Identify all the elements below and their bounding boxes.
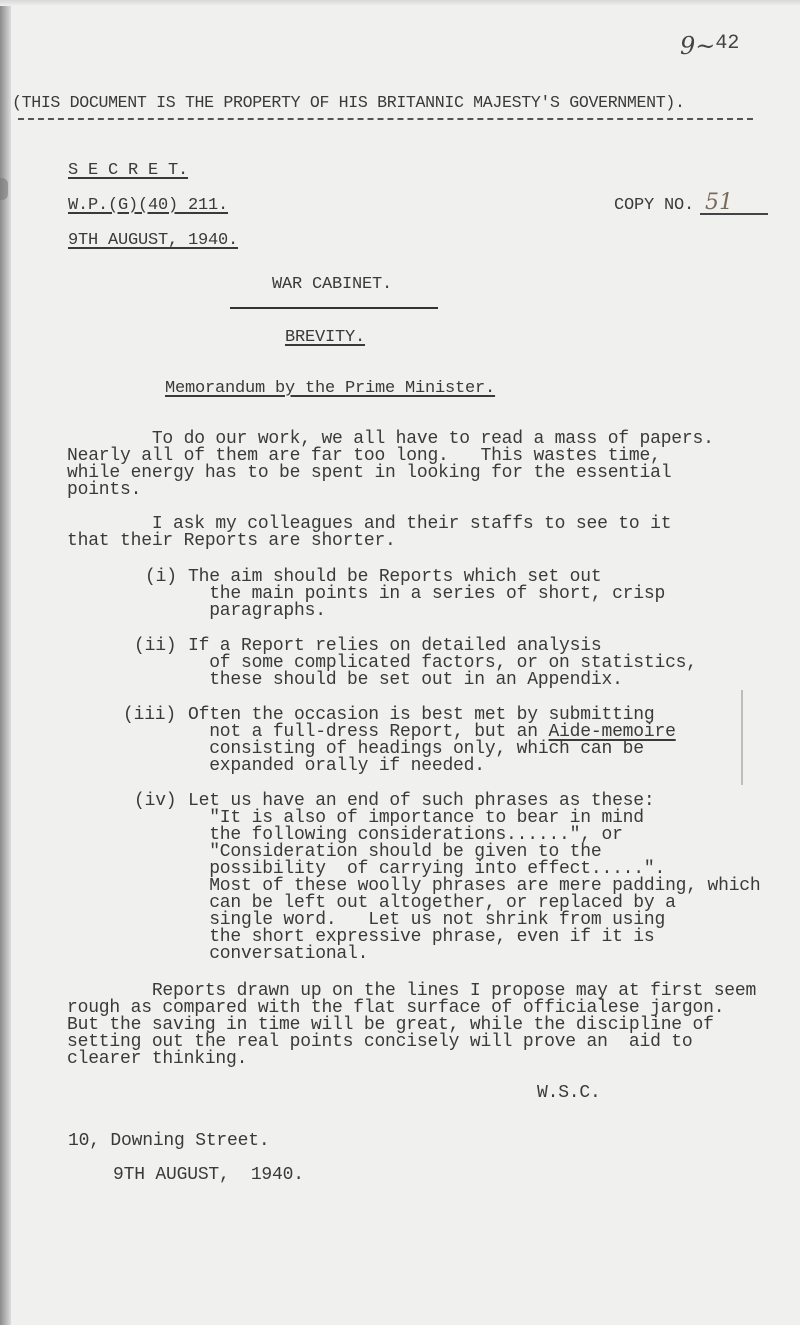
margin-mark (741, 690, 743, 785)
text-line: while energy has to be spent in looking … (67, 465, 671, 482)
text-line: conversational. (188, 946, 368, 963)
text-line: paragraphs. (188, 603, 326, 620)
classification-label: S E C R E T. (68, 162, 188, 179)
text-line: expanded orally if needed. (188, 758, 485, 775)
binding-hole (0, 178, 8, 200)
dashed-divider (18, 118, 753, 120)
body-title: WAR CABINET. (272, 276, 392, 293)
point-marker: (i) (145, 569, 177, 586)
text-line: clearer thinking. (67, 1051, 247, 1068)
property-notice: (THIS DOCUMENT IS THE PROPERTY OF HIS BR… (12, 94, 685, 111)
date-top: 9TH AUGUST, 1940. (68, 232, 238, 249)
scan-shadow (0, 0, 800, 6)
memo-subtitle: Memorandum by the Prime Minister. (165, 380, 495, 397)
title-rule (230, 307, 438, 309)
text-line: that their Reports are shorter. (67, 533, 396, 550)
point-marker: (ii) (134, 638, 176, 655)
folio-mark: 9~42 (680, 32, 739, 61)
point-marker: (iii) (123, 707, 176, 724)
address: 10, Downing Street. (68, 1133, 269, 1150)
reference-number: W.P.(G)(40) 211. (68, 197, 228, 214)
signature-initials: W.S.C. (537, 1085, 601, 1102)
copy-number-underline (700, 213, 768, 215)
date-bottom: 9TH AUGUST, 1940. (113, 1167, 304, 1184)
text-line: these should be set out in an Appendix. (188, 672, 623, 689)
copy-label: COPY NO. (614, 197, 694, 214)
point-marker: (iv) (134, 793, 176, 810)
copy-number-handwritten: 51 (705, 190, 733, 215)
text-line: points. (67, 482, 141, 499)
folio-handwritten: 9 (680, 32, 695, 60)
subject-heading: BREVITY. (285, 329, 365, 346)
folio-number: 42 (715, 32, 739, 55)
